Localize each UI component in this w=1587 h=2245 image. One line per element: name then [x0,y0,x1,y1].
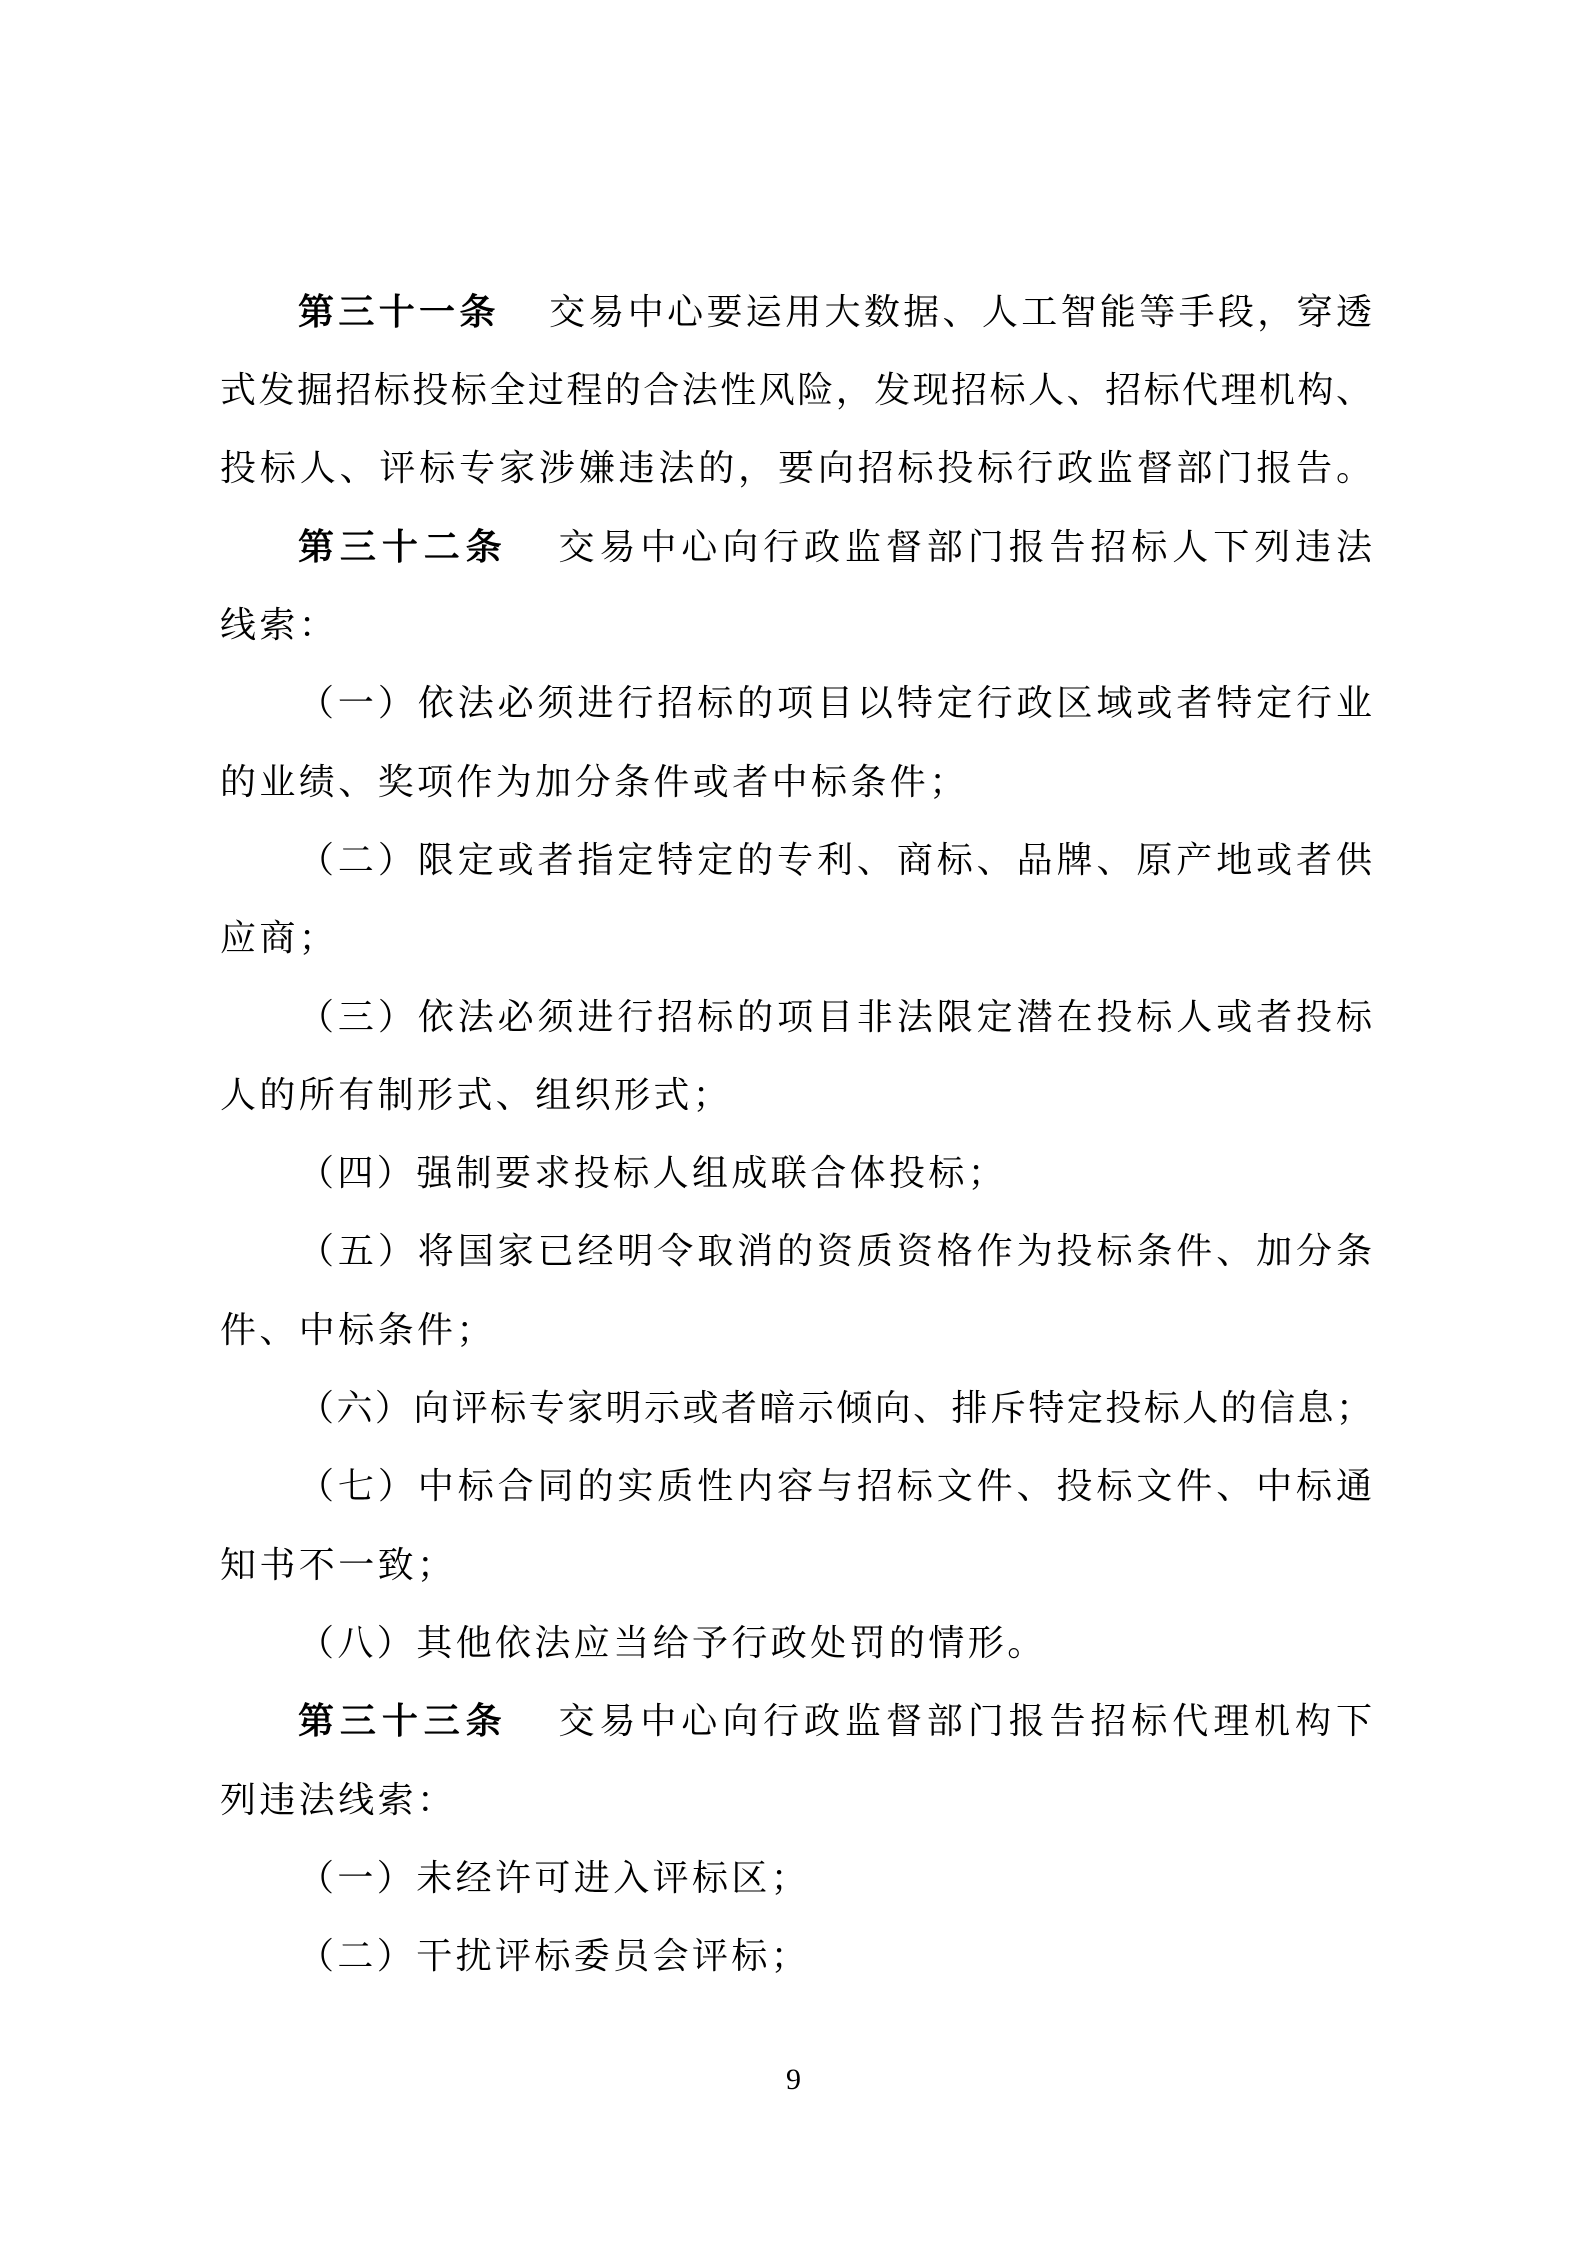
text-line: 列违法线索： [220,1762,1372,1840]
line-text: 交易中心向行政监督部门报告招标代理机构下 [554,1701,1372,1742]
text-line: 式发掘招标投标全过程的合法性风险，发现招标人、招标代理机构、 [220,352,1372,430]
line-text: （七）中标合同的实质性内容与招标文件、投标文件、中标通 [298,1466,1372,1507]
text-line: （二）限定或者指定特定的专利、商标、品牌、原产地或者供 [298,822,1372,900]
text-line: （六）向评标专家明示或者暗示倾向、排斥特定投标人的信息； [298,1370,1372,1448]
text-line: （一）未经许可进入评标区； [298,1840,1372,1918]
text-line: （五）将国家已经明令取消的资质资格作为投标条件、加分条 [298,1213,1372,1291]
text-line: 第三十二条交易中心向行政监督部门报告招标人下列违法 [298,509,1372,587]
line-text: 线索： [220,605,338,646]
line-text: （八）其他依法应当给予行政处罚的情形。 [298,1623,1047,1664]
text-line: 第三十一条交易中心要运用大数据、人工智能等手段，穿透 [298,274,1372,352]
text-line: （四）强制要求投标人组成联合体投标； [298,1135,1372,1213]
line-text: 列违法线索： [220,1780,456,1821]
text-line: 的业绩、奖项作为加分条件或者中标条件； [220,744,1372,822]
line-text: （二）限定或者指定特定的专利、商标、品牌、原产地或者供 [298,840,1372,881]
line-text: （六）向评标专家明示或者暗示倾向、排斥特定投标人的信息； [298,1388,1372,1429]
article-heading: 第三十二条 [298,527,508,568]
text-line: （一）依法必须进行招标的项目以特定行政区域或者特定行业 [298,665,1372,743]
page-number: 9 [0,2060,1587,2100]
text-line: （七）中标合同的实质性内容与招标文件、投标文件、中标通 [298,1448,1372,1526]
text-line: 线索： [220,587,1372,665]
line-text: 的业绩、奖项作为加分条件或者中标条件； [220,762,969,803]
line-text: （一）未经许可进入评标区； [298,1858,810,1899]
text-line: （八）其他依法应当给予行政处罚的情形。 [298,1605,1372,1683]
line-text: （四）强制要求投标人组成联合体投标； [298,1153,1007,1194]
line-text: 式发掘招标投标全过程的合法性风险，发现招标人、招标代理机构、 [220,370,1372,411]
text-line: 应商； [220,900,1372,978]
text-line: 第三十三条交易中心向行政监督部门报告招标代理机构下 [298,1683,1372,1761]
text-line: 知书不一致； [220,1527,1372,1605]
line-text: （二）干扰评标委员会评标； [298,1936,810,1977]
line-text: 件、中标条件； [220,1310,496,1351]
document-page: 第三十一条交易中心要运用大数据、人工智能等手段，穿透 式发掘招标投标全过程的合法… [0,0,1587,2245]
line-text: 人的所有制形式、组织形式； [220,1075,732,1116]
text-line: （二）干扰评标委员会评标； [298,1918,1372,1996]
text-line: （三）依法必须进行招标的项目非法限定潜在投标人或者投标 [298,979,1372,1057]
text-line: 投标人、评标专家涉嫌违法的，要向招标投标行政监督部门报告。 [220,430,1372,508]
text-line: 件、中标条件； [220,1292,1372,1370]
line-text: （三）依法必须进行招标的项目非法限定潜在投标人或者投标 [298,997,1372,1038]
line-text: （一）依法必须进行招标的项目以特定行政区域或者特定行业 [298,683,1372,724]
article-heading: 第三十三条 [298,1701,508,1742]
line-text: 投标人、评标专家涉嫌违法的，要向招标投标行政监督部门报告。 [220,448,1372,489]
line-text: 交易中心向行政监督部门报告招标人下列违法 [554,527,1372,568]
text-line: 人的所有制形式、组织形式； [220,1057,1372,1135]
line-text: 知书不一致； [220,1545,456,1586]
line-text: 交易中心要运用大数据、人工智能等手段，穿透 [546,292,1372,333]
line-text: 应商； [220,918,338,959]
line-text: （五）将国家已经明令取消的资质资格作为投标条件、加分条 [298,1231,1372,1272]
article-heading: 第三十一条 [298,292,500,333]
